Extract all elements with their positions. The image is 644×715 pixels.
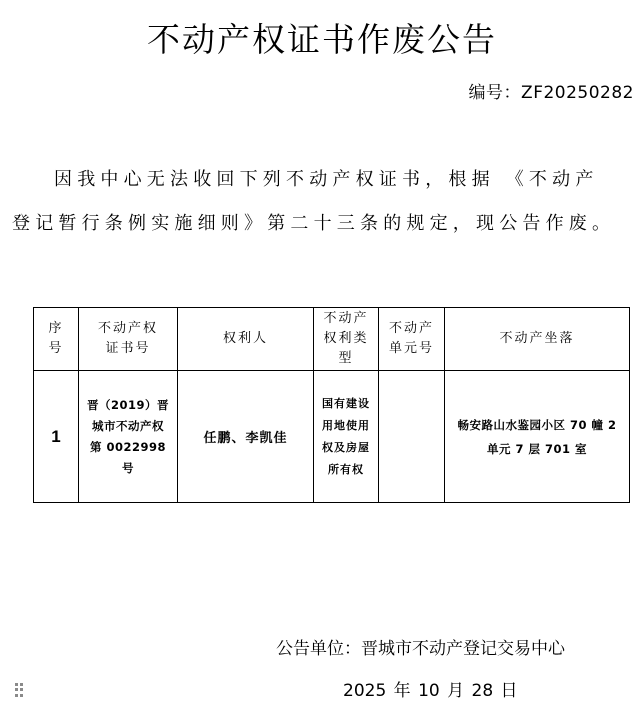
- cell-index: 1: [34, 371, 79, 503]
- document-number-label: 编号：: [469, 83, 522, 103]
- header-holder: 权利人: [178, 308, 314, 371]
- certificate-table: 序 号 不动产权 证书号 权利人 不动产 权利类 型 不动产 单元号 不动产坐落: [33, 307, 630, 503]
- table-row: 1 晋（2019）晋 城市不动产权 第 0022998 号 任鹏、李凯佳 国有建…: [34, 371, 630, 503]
- cell-right-type: 国有建设 用地使用 权及房屋 所有权: [314, 371, 379, 503]
- cell-unit-no: [379, 371, 445, 503]
- issue-date: 2025 年 10 月 28 日: [343, 678, 518, 704]
- header-unit-no: 不动产 单元号: [379, 308, 445, 371]
- drag-handle-icon[interactable]: [15, 683, 23, 697]
- issuer-label: 公告单位：: [276, 639, 361, 659]
- cell-certificate-no: 晋（2019）晋 城市不动产权 第 0022998 号: [79, 371, 178, 503]
- header-index: 序 号: [34, 308, 79, 371]
- cell-holder: 任鹏、李凯佳: [178, 371, 314, 503]
- issuer-name: 晋城市不动产登记交易中心: [361, 639, 565, 659]
- cell-location: 畅安路山水鉴园小区 70 幢 2 单元 7 层 701 室: [445, 371, 630, 503]
- header-certificate-no: 不动产权 证书号: [79, 308, 178, 371]
- header-right-type: 不动产 权利类 型: [314, 308, 379, 371]
- table-header-row: 序 号 不动产权 证书号 权利人 不动产 权利类 型 不动产 单元号 不动产坐落: [34, 308, 630, 371]
- notice-paragraph: 因我中心无法收回下列不动产权证书，根据 《不动产 登记暂行条例实施细则》第二十三…: [12, 158, 637, 246]
- page-title: 不动产权证书作废公告: [0, 18, 644, 62]
- document-number: 编号：ZF20250282: [469, 80, 634, 106]
- paragraph-line-1: 因我中心无法收回下列不动产权证书，根据 《不动产: [12, 158, 637, 202]
- document-number-value: ZF20250282: [521, 83, 634, 103]
- issuer: 公告单位：晋城市不动产登记交易中心: [276, 636, 565, 662]
- header-location: 不动产坐落: [445, 308, 630, 371]
- paragraph-line-2: 登记暂行条例实施细则》第二十三条的规定，现公告作废。: [12, 202, 637, 246]
